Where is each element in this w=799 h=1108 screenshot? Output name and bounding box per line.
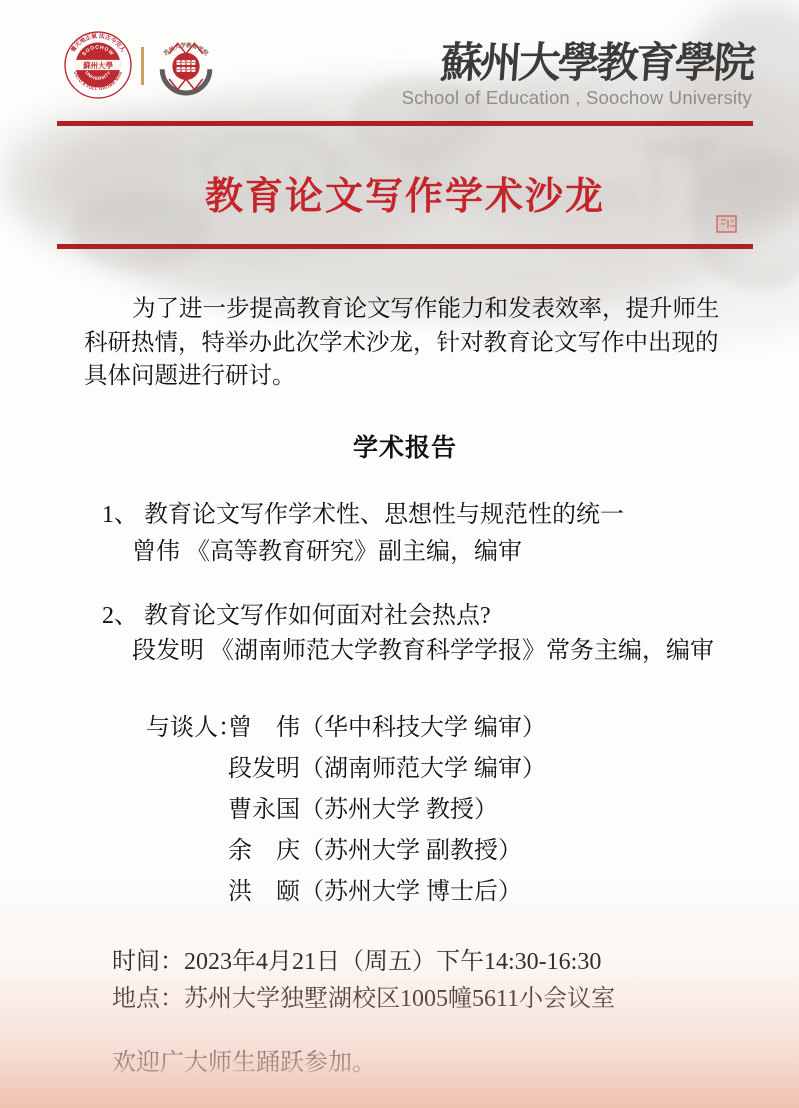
place-label: 地点： (112, 986, 184, 1012)
report-item-2-speaker: 段发明 《湖南师范大学教育科学学报》常务主编，编审 (132, 630, 714, 665)
intro-line: 科研热情，特举办此次学术沙龙，针对教育论文写作中出现的 (84, 327, 746, 361)
soochow-university-seal-logo: 養天地正氣 法古今完人 UNTO A FULL GROWN MAN 蘇州大學 S… (64, 31, 132, 99)
panelist-row: 曹永国（苏州大学 教授） (228, 789, 498, 824)
place-row: 地点：苏州大学独墅湖校区1005幢5611小会议室 (112, 978, 615, 1013)
report-item-1-speaker: 曾伟 《高等教育研究》副主编，编审 (132, 531, 522, 566)
school-of-education-logo: 苏州大学教育学院 (151, 30, 221, 100)
org-name-english: School of Education , Soochow University (402, 87, 752, 109)
section-heading-report: 学术报告 (57, 428, 753, 464)
time-label: 时间： (112, 949, 184, 975)
time-value: 2023年4月21日（周五）下午14:30-16:30 (184, 949, 601, 975)
page-title: 教育论文写作学术沙龙 (57, 165, 753, 220)
report-item-1-title-text: 教育论文写作学术性、思想性与规范性的统一 (144, 502, 624, 528)
closing-line: 欢迎广大师生踊跃参加。 (112, 1042, 376, 1077)
org-name-chinese: 蘇州大學教育學院 (439, 30, 755, 90)
report-item-2-title: 2、教育论文写作如何面对社会热点? (102, 595, 491, 630)
time-row: 时间：2023年4月21日（周五）下午14:30-16:30 (112, 941, 601, 976)
panelist-row: 段发明（湖南师范大学 编审） (228, 748, 546, 783)
title-rule-bottom (57, 244, 753, 249)
panelist-row: 洪 颐（苏州大学 博士后） (228, 871, 522, 906)
intro-line: 具体问题进行研讨。 (84, 360, 746, 394)
panelist-row: 余 庆（苏州大学 副教授） (228, 830, 522, 865)
title-rule-top (57, 121, 753, 126)
intro-line: 为了进一步提高教育论文写作能力和发表效率，提升师生 (84, 293, 746, 327)
seal-stamp-icon (716, 215, 737, 233)
report-item-1-title: 1、教育论文写作学术性、思想性与规范性的统一 (102, 494, 624, 529)
university-seal-center-text: 蘇州大學 (83, 60, 113, 70)
place-value: 苏州大学独墅湖校区1005幢5611小会议室 (184, 986, 615, 1012)
poster: 養天地正氣 法古今完人 UNTO A FULL GROWN MAN 蘇州大學 S… (0, 0, 799, 1108)
panelist-row: 曾 伟（华中科技大学 编审） (228, 707, 546, 742)
school-logo-red-disc (172, 53, 199, 80)
report-item-1-number: 1、 (102, 502, 138, 528)
report-item-2-title-text: 教育论文写作如何面对社会热点? (144, 603, 491, 629)
intro-paragraph: 为了进一步提高教育论文写作能力和发表效率，提升师生 科研热情，特举办此次学术沙龙… (84, 293, 746, 394)
report-item-2-number: 2、 (102, 603, 138, 629)
header-divider (141, 47, 144, 85)
